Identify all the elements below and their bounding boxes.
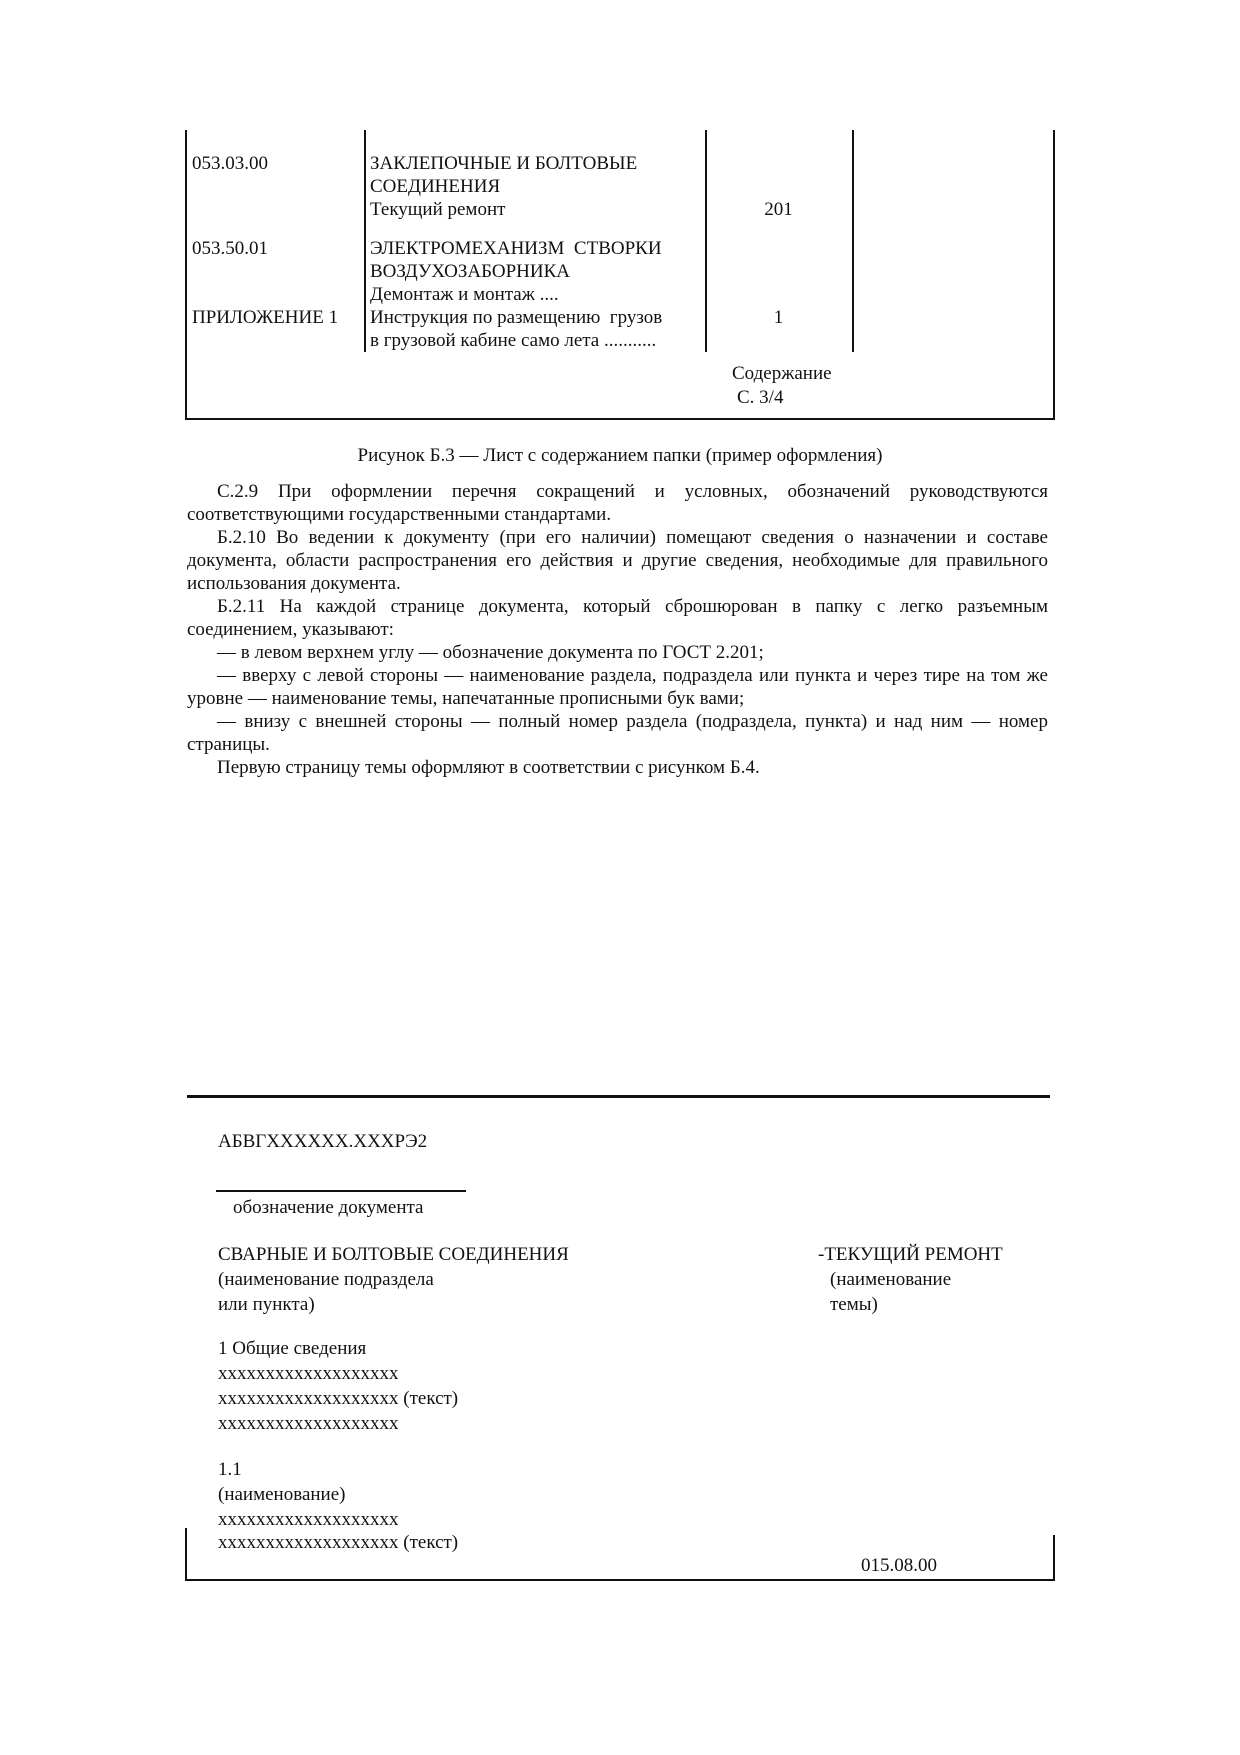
table-row-topic: Демонтаж и монтаж ....: [370, 283, 559, 306]
example-body-line: ххххххххххххххххххх (текст): [218, 1531, 458, 1554]
paragraph: Первую страницу темы оформляют в соответ…: [187, 756, 1048, 779]
example-top-rule: [187, 1095, 1050, 1098]
table-bottom-border: [185, 418, 1055, 420]
table-right-border: [1053, 130, 1055, 420]
table-row-page-number: 1: [705, 306, 852, 329]
figure-caption: Рисунок Б.3 — Лист с содержанием папки (…: [187, 444, 1053, 467]
example-right-border: [1053, 1535, 1055, 1581]
table-row-title: ЗАКЛЕПОЧНЫЕ И БОЛТОВЫЕ: [370, 152, 637, 175]
doc-number-underline: [216, 1190, 466, 1192]
example-footer-number: 015.08.00: [827, 1554, 937, 1577]
paragraph: Б.2.10 Во ведении к документу (при его н…: [187, 526, 1048, 595]
example-bottom-rule: [185, 1579, 1055, 1581]
table-left-border: [185, 130, 187, 420]
paragraph: С.2.9 При оформлении перечня сокращений …: [187, 480, 1048, 526]
paragraph: — в левом верхнем углу — обозначение док…: [187, 641, 1048, 664]
doc-number-label: обозначение документа: [233, 1196, 424, 1219]
body-text: С.2.9 При оформлении перечня сокращений …: [187, 480, 1048, 779]
paragraph: Б.2.11 На каждой странице документа, кот…: [187, 595, 1048, 641]
example-body-line: ххххххххххххххххххх: [218, 1362, 399, 1385]
example-left-border: [185, 1528, 187, 1581]
table-row-title: Инструкция по размещению грузов: [370, 306, 662, 329]
table-divider-3: [852, 130, 854, 352]
example-body-line: 1.1: [218, 1458, 242, 1481]
theme-title-label: темы): [830, 1293, 878, 1316]
section-title-label: или пункта): [218, 1293, 315, 1316]
example-body-line: (наименование): [218, 1483, 345, 1506]
example-section-title: СВАРНЫЕ И БОЛТОВЫЕ СОЕДИНЕНИЯ: [218, 1243, 569, 1266]
table-row-topic: Текущий ремонт: [370, 198, 505, 221]
document-page: 053.03.00 ЗАКЛЕПОЧНЫЕ И БОЛТОВЫЕ СОЕДИНЕ…: [0, 0, 1240, 1755]
section-title-label: (наименование подраздела: [218, 1268, 434, 1291]
table-row-title: ЭЛЕКТРОМЕХАНИЗМ СТВОРКИ: [370, 237, 662, 260]
example-doc-number: АБВГХХХХХХ.ХХХРЭ2: [218, 1130, 427, 1153]
table-footer-contents-label: Содержание: [732, 362, 832, 385]
example-body-line: 1 Общие сведения: [218, 1337, 366, 1360]
table-row-code: ПРИЛОЖЕНИЕ 1: [192, 306, 338, 329]
table-footer-sheet-number: С. 3/4: [737, 386, 783, 409]
table-row-code: 053.03.00: [192, 152, 268, 175]
table-row-title: СОЕДИНЕНИЯ: [370, 175, 500, 198]
table-row-title: ВОЗДУХОЗАБОРНИКА: [370, 260, 570, 283]
paragraph: — вверху с левой стороны — наименование …: [187, 664, 1048, 710]
paragraph: — внизу с внешней стороны — полный номер…: [187, 710, 1048, 756]
example-body-line: ххххххххххххххххххх (текст): [218, 1387, 458, 1410]
table-row-title: в грузовой кабине само лета ...........: [370, 329, 656, 352]
example-body-line: ххххххххххххххххххх: [218, 1412, 399, 1435]
table-row-code: 053.50.01: [192, 237, 268, 260]
example-body-line: ххххххххххххххххххх: [218, 1508, 399, 1531]
table-divider-1: [364, 130, 366, 352]
example-theme-title: -ТЕКУЩИЙ РЕМОНТ: [818, 1243, 1003, 1266]
theme-title-label: (наименование: [830, 1268, 951, 1291]
table-row-page-number: 201: [705, 198, 852, 221]
